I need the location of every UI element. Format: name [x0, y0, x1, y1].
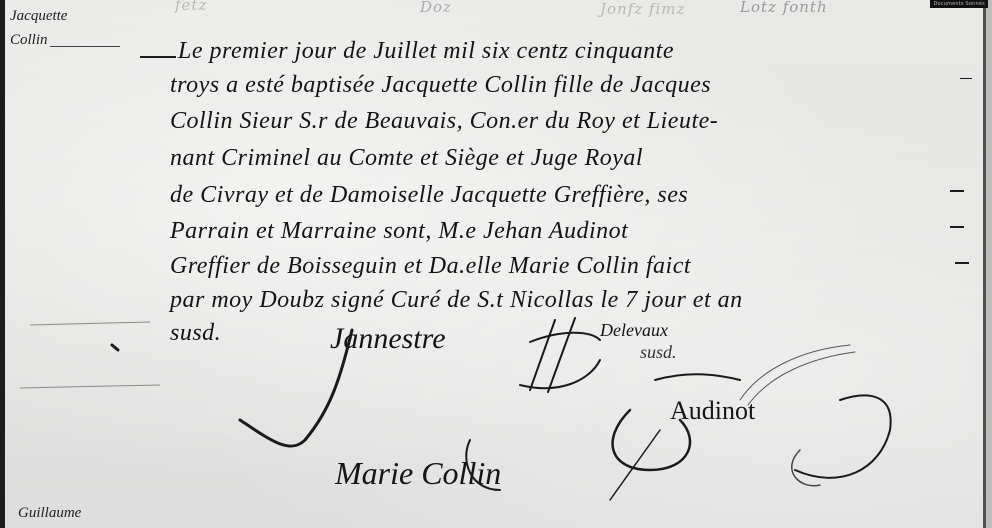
- line-end-dash: [955, 262, 969, 264]
- bleed-fragment: Jonfz fimz: [600, 0, 685, 18]
- margin-name-bottom: Guillaume: [18, 505, 81, 522]
- bleed-fragment: Lotz fonth: [740, 0, 828, 16]
- margin-rule: [50, 46, 120, 47]
- entry-line-1: Le premier jour de Juillet mil six centz…: [178, 38, 674, 65]
- signature-jannestre: Jannestre: [330, 322, 446, 356]
- entry-line-7: Greffier de Boisseguin et Da.elle Marie …: [170, 253, 691, 280]
- entry-line-9: susd.: [170, 320, 221, 347]
- corner-label: Documents Sonnés: [930, 0, 988, 8]
- page-left-edge: [0, 0, 5, 528]
- entry-line-2: troys a esté baptisée Jacquette Collin f…: [170, 72, 711, 99]
- signature-audinot: Audinot: [670, 396, 755, 426]
- signature-delevaux: Delevaux: [600, 320, 668, 341]
- line-end-dash: [950, 226, 964, 228]
- page-right-shadow: [986, 0, 992, 528]
- bleed-fragment: fetz: [175, 0, 207, 14]
- entry-line-6: Parrain et Marraine sont, M.e Jehan Audi…: [170, 218, 628, 245]
- entry-line-3: Collin Sieur S.r de Beauvais, Con.er du …: [170, 108, 718, 135]
- entry-line-5: de Civray et de Damoiselle Jacquette Gre…: [170, 182, 688, 209]
- signature-marie-collin: Marie Collin: [335, 455, 501, 492]
- signature-note: susd.: [640, 342, 677, 363]
- entry-line-4: nant Criminel au Comte et Siège et Juge …: [170, 145, 643, 172]
- document-scan: fetz Doz Jonfz fimz Lotz fonth Documents…: [0, 0, 992, 528]
- bleed-fragment: Doz: [420, 0, 452, 16]
- page-right-edge: [983, 0, 986, 528]
- margin-name-first: Jacquette: [10, 8, 67, 25]
- line-end-dash: [960, 78, 972, 79]
- opening-flourish: [140, 56, 176, 58]
- margin-name-last: Collin: [10, 32, 48, 49]
- entry-line-8: par moy Doubz signé Curé de S.t Nicollas…: [170, 287, 743, 314]
- line-end-dash: [950, 190, 964, 192]
